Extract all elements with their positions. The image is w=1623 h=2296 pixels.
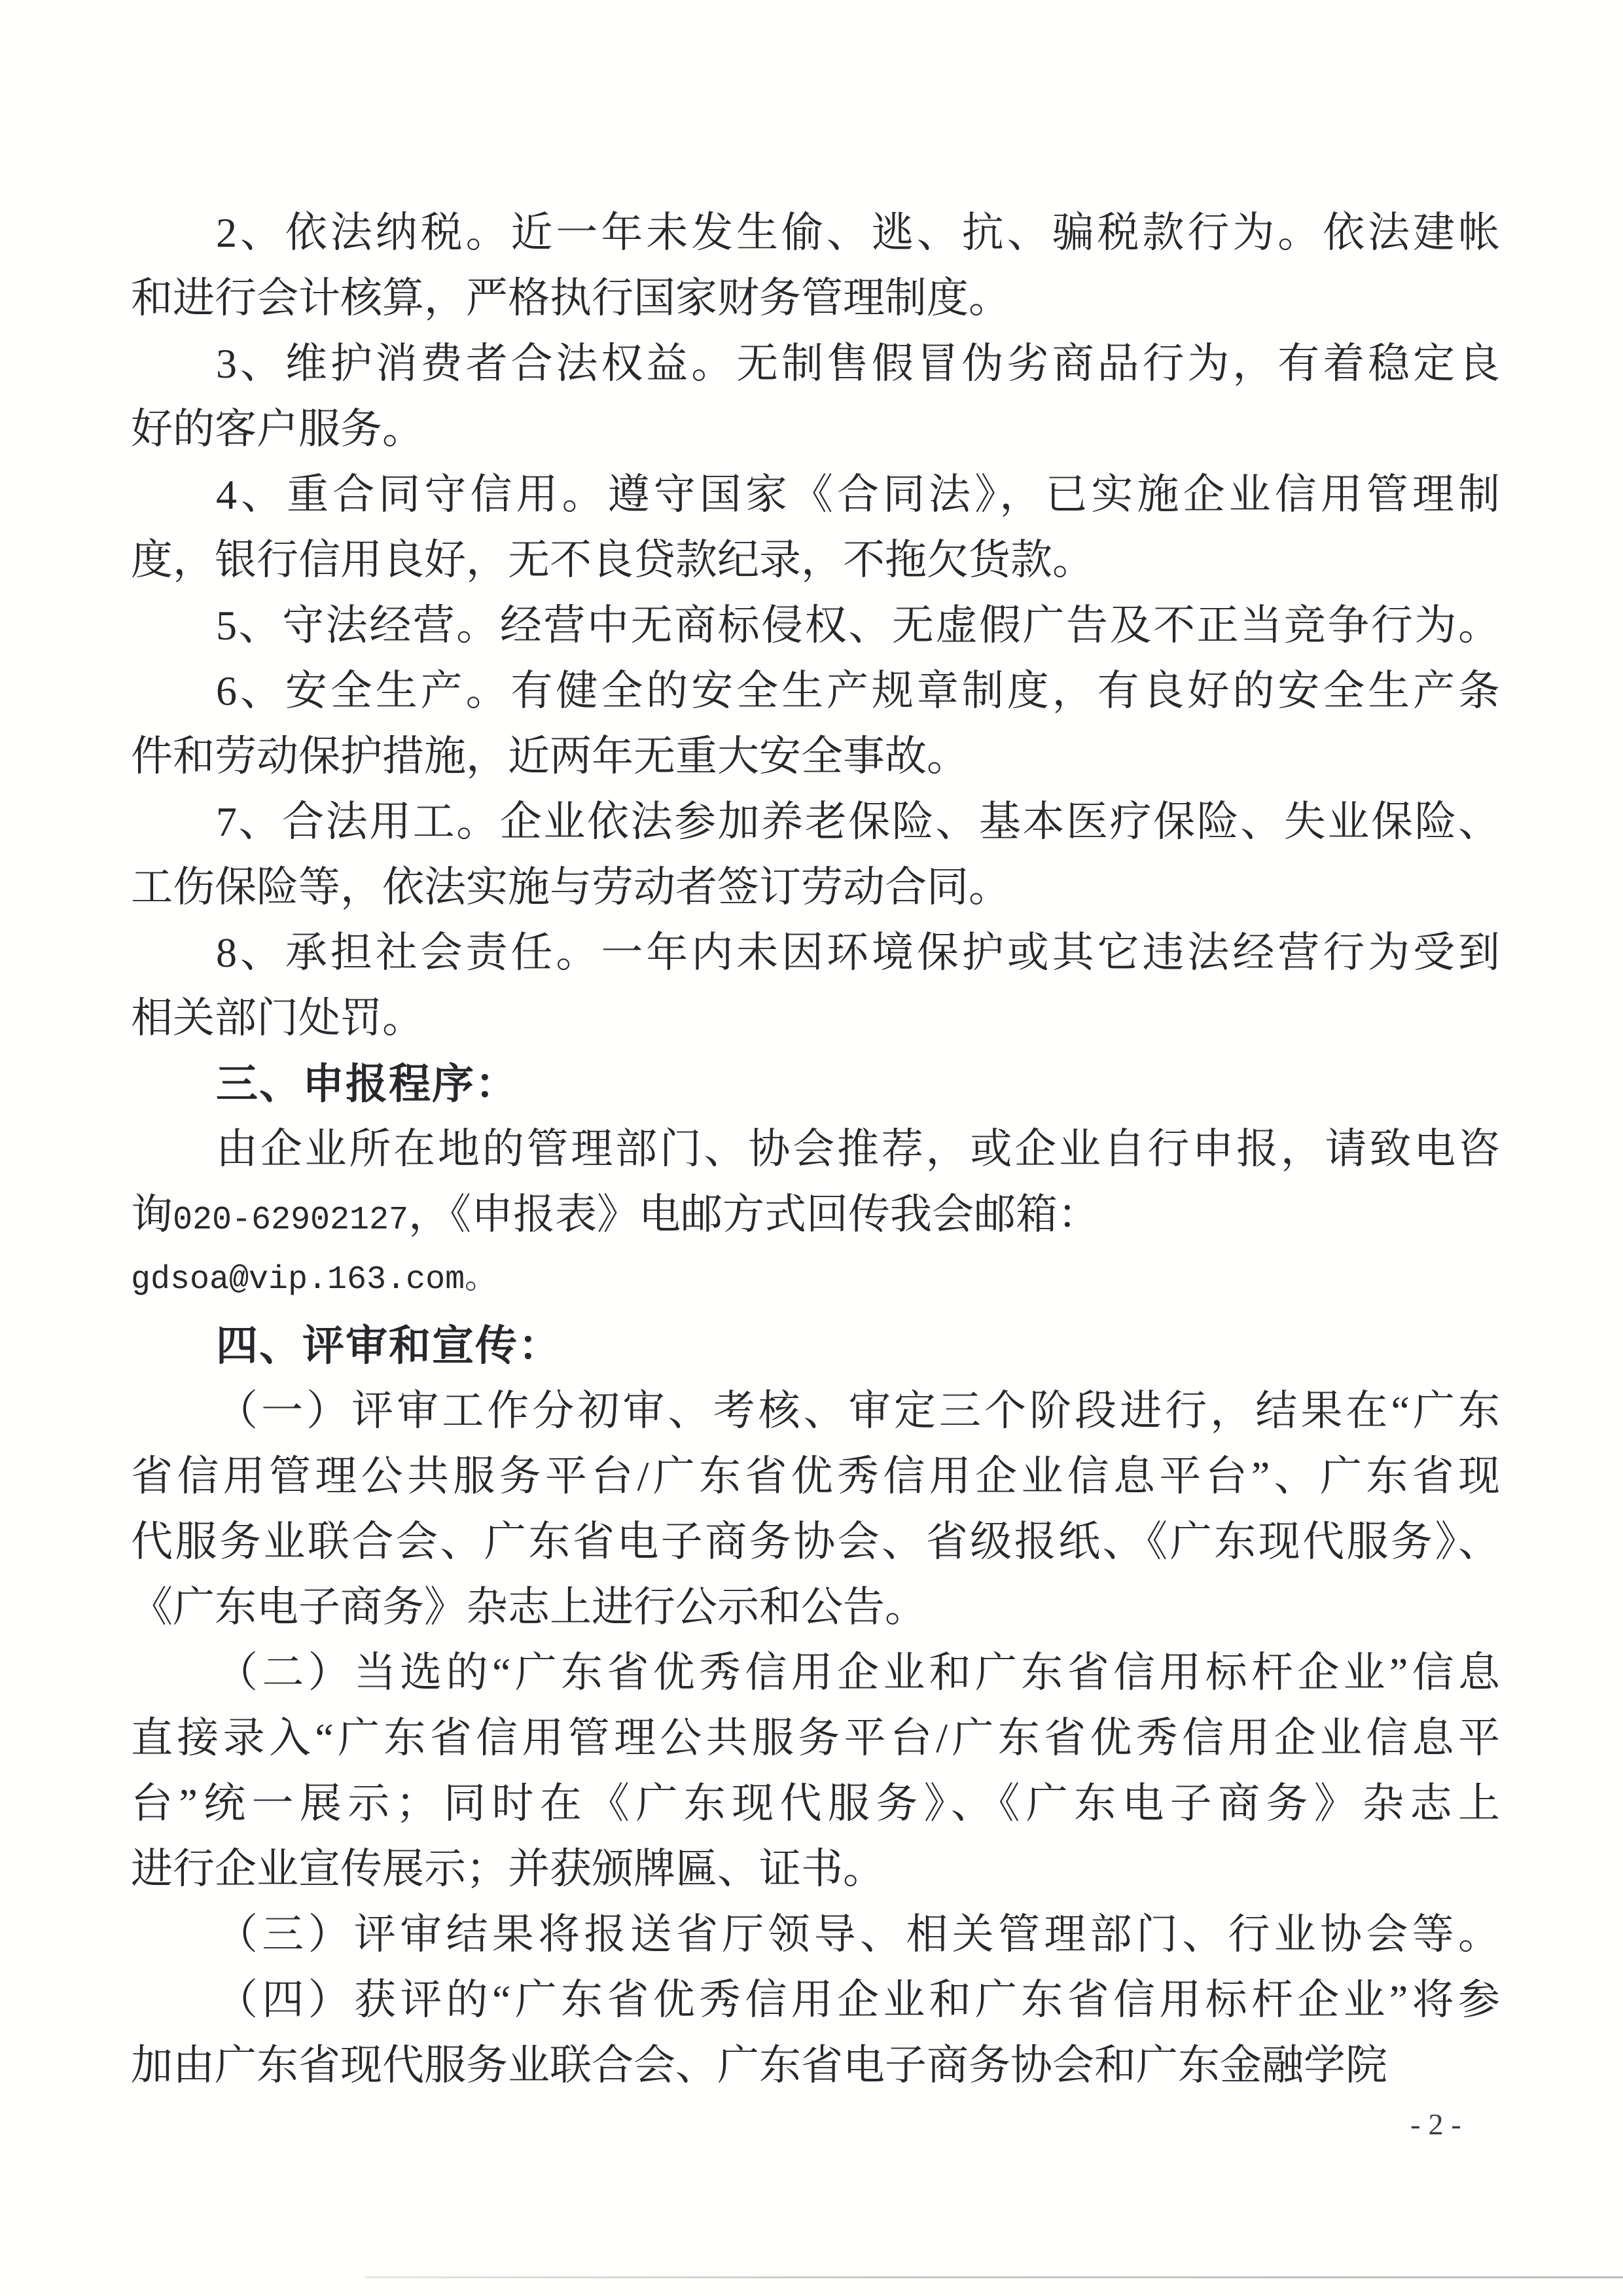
text-line: 度，银行信用良好，无不良贷款纪录，不拖欠货款。 — [131, 528, 1500, 593]
text-line: 加由广东省现代服务业联合会、广东省电子商务协会和广东金融学院 — [131, 2033, 1500, 2098]
text-line-phone: 询020-62902127，《申报表》电邮方式回传我会邮箱： — [131, 1182, 1500, 1247]
text-line: 直接录入“广东省信用管理公共服务平台/广东省优秀信用企业信息平 — [131, 1706, 1500, 1771]
text-line: （一）评审工作分初审、考核、审定三个阶段进行，结果在“广东 — [131, 1378, 1500, 1444]
section-heading-review-and-publicity: 四、评审和宣传： — [131, 1313, 1500, 1378]
text-line: 和进行会计核算，严格执行国家财务管理制度。 — [131, 266, 1500, 331]
text-line: 8、承担社会责任。一年内未因环境保护或其它违法经营行为受到 — [131, 920, 1500, 986]
text-line: 进行企业宣传展示；并获颁牌匾、证书。 — [131, 1837, 1500, 1902]
text-line: 由企业所在地的管理部门、协会推荐，或企业自行申报，请致电咨 — [131, 1117, 1500, 1182]
text-line: 件和劳动保护措施，近两年无重大安全事故。 — [131, 724, 1500, 789]
document-page: 2、依法纳税。近一年未发生偷、逃、抗、骗税款行为。依法建帐 和进行会计核算，严格… — [0, 0, 1623, 2296]
text-line: 省信用管理公共服务平台/广东省优秀信用企业信息平台”、广东省现 — [131, 1444, 1500, 1509]
text-segment: ，《申报表》电邮方式回传我会邮箱： — [408, 1191, 1099, 1238]
text-line: 《广东电子商务》杂志上进行公示和公告。 — [131, 1575, 1500, 1640]
text-line: （三）评审结果将报送省厅领导、相关管理部门、行业协会等。 — [131, 1902, 1500, 1967]
text-line: （二）当选的“广东省优秀信用企业和广东省信用标杆企业”信息 — [131, 1640, 1500, 1706]
text-line: 7、合法用工。企业依法参加养老保险、基本医疗保险、失业保险、 — [131, 789, 1500, 855]
text-line: 台”统一展示；同时在《广东现代服务》、《广东电子商务》杂志上 — [131, 1771, 1500, 1837]
text-line: 3、维护消费者合法权益。无制售假冒伪劣商品行为，有着稳定良 — [131, 331, 1500, 397]
text-line: 6、安全生产。有健全的安全生产规章制度，有良好的安全生产条 — [131, 658, 1500, 724]
text-segment: 询 — [131, 1191, 173, 1238]
email-address: gdsoa@vip.163.com。 — [131, 1247, 1500, 1313]
phone-number: 020-62902127 — [173, 1202, 408, 1239]
text-line: 代服务业联合会、广东省电子商务协会、省级报纸、《广东现代服务》、 — [131, 1509, 1500, 1575]
text-line: 好的客户服务。 — [131, 397, 1500, 462]
text-line: 4、重合同守信用。遵守国家《合同法》，已实施企业信用管理制 — [131, 462, 1500, 528]
page-number: -2- — [1394, 2105, 1486, 2144]
text-line: （四）获评的“广东省优秀信用企业和广东省信用标杆企业”将参 — [131, 1967, 1500, 2033]
text-line: 5、守法经营。经营中无商标侵权、无虚假广告及不正当竞争行为。 — [131, 593, 1500, 658]
text-line: 工伤保险等，依法实施与劳动者签订劳动合同。 — [131, 855, 1500, 920]
scanner-artifact-line — [365, 2276, 1623, 2278]
text-line: 2、依法纳税。近一年未发生偷、逃、抗、骗税款行为。依法建帐 — [131, 200, 1500, 266]
document-body: 2、依法纳税。近一年未发生偷、逃、抗、骗税款行为。依法建帐 和进行会计核算，严格… — [131, 200, 1500, 2098]
text-line: 相关部门处罚。 — [131, 986, 1500, 1051]
section-heading-application-procedure: 三、申报程序： — [131, 1051, 1500, 1117]
